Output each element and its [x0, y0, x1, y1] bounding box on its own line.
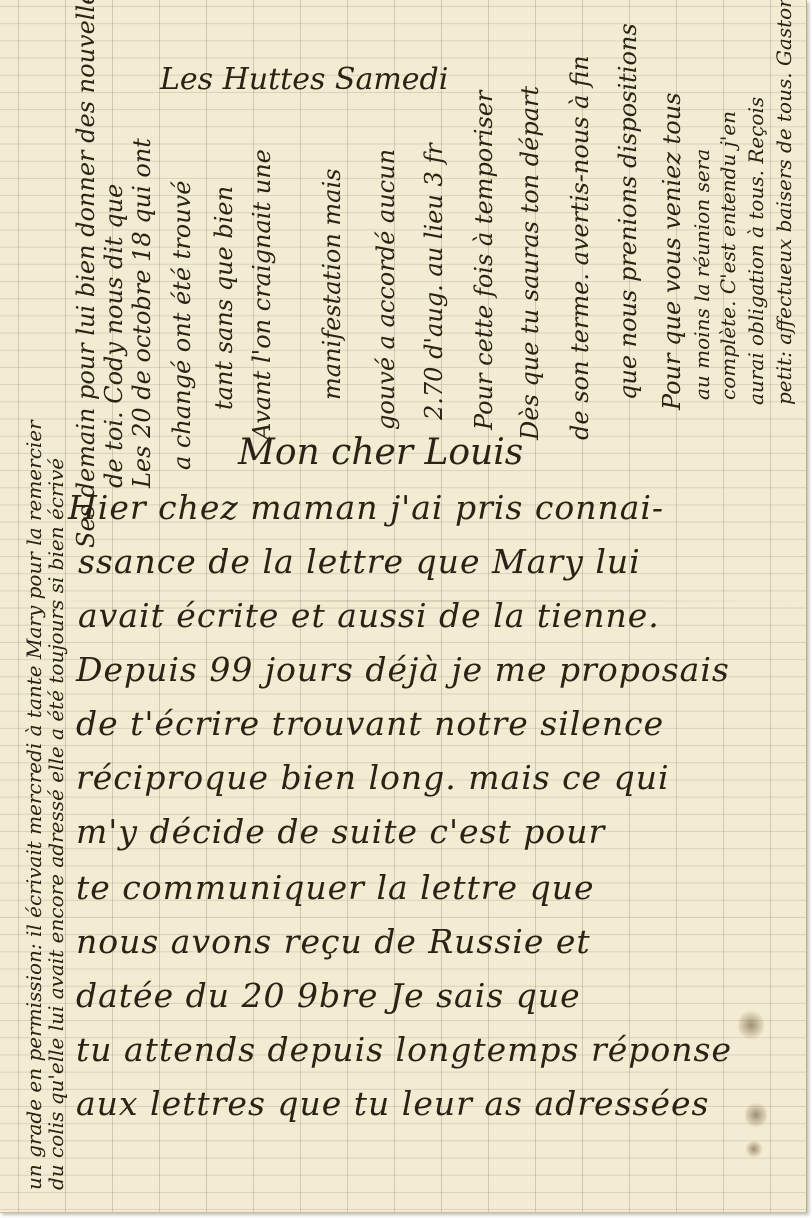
cross-written-column-6: a changé ont été trouvé	[168, 181, 196, 470]
cross-written-column-1: un grade en permission: il écrivait merc…	[22, 420, 46, 1190]
letter-page: un grade en permission: il écrivait merc…	[0, 0, 807, 1213]
body-line-11: tu attends depuis longtemps réponse	[76, 1030, 732, 1069]
cross-written-column-8: Avant l'on craignait une	[248, 149, 276, 440]
cross-written-column-10: gouvé a accordé aucun	[372, 149, 400, 430]
body-line-8: te communiquer la lettre que	[76, 868, 594, 907]
body-line-1: Hier chez maman j'ai pris connai-	[68, 488, 664, 527]
cross-written-column-12: Pour cette fois à temporiser	[470, 91, 498, 430]
cross-written-column-16: Pour que vous veniez tous	[658, 93, 686, 410]
cross-written-column-17: au moins la réunion sera	[690, 149, 714, 400]
ink-stain	[745, 1140, 763, 1158]
cross-written-column-2: du colis qu'elle lui avait encore adress…	[44, 458, 68, 1190]
ink-stain	[745, 1100, 767, 1130]
cross-written-column-13: Dès que tu sauras ton départ	[516, 86, 544, 440]
body-line-4: Depuis 99 jours déjà je me proposais	[76, 650, 730, 689]
cross-written-column-15: que nous prenions dispositions	[614, 23, 642, 400]
body-line-10: datée du 20 9bre Je sais que	[76, 976, 581, 1015]
body-line-5: de t'écrire trouvant notre silence	[76, 704, 664, 743]
cross-written-column-14: de son terme. avertis-nous à fin	[566, 55, 594, 440]
cross-written-column-4: de toi. Cody nous dit que	[100, 184, 128, 488]
body-line-2: ssance de la lettre que Mary lui	[78, 542, 641, 581]
body-line-12: aux lettres que tu leur as adressées	[76, 1084, 709, 1123]
body-line-3: avait écrite et aussi de la tienne.	[78, 596, 660, 635]
body-line-6: réciproque bien long. mais ce qui	[76, 758, 670, 797]
letter-salutation: Mon cher Louis	[238, 432, 523, 473]
letter-heading-place-date: Les Huttes Samedi	[160, 62, 448, 97]
ink-stain	[738, 1008, 764, 1042]
cross-written-column-9: manifestation mais	[318, 169, 346, 400]
body-line-9: nous avons reçu de Russie et	[76, 922, 591, 961]
cross-written-column-18: complète. C'est entendu j'en	[716, 111, 740, 400]
cross-written-column-3: Ses demain pour lui bien donner des nouv…	[72, 0, 100, 548]
cross-written-column-19: aurai obligation à tous. Reçois	[744, 97, 768, 405]
cross-written-column-7: tant sans que bien	[210, 186, 238, 410]
cross-written-column-20: petit: affectueux baisers de tous. Gasto…	[772, 0, 796, 405]
cross-written-column-5: Les 20 de octobre 18 qui ont	[128, 138, 156, 488]
cross-written-column-11: 2.70 d'aug. au lieu 3 fr	[420, 143, 448, 420]
body-line-7: m'y décide de suite c'est pour	[76, 812, 605, 851]
